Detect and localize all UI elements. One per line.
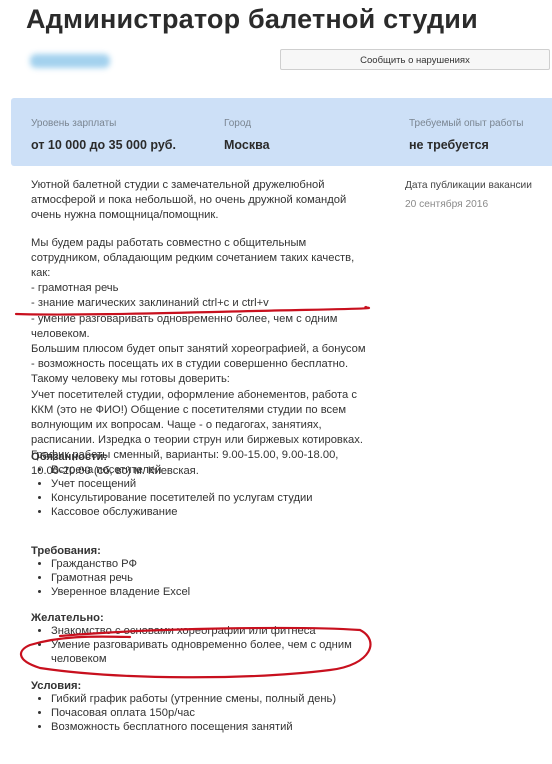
desirable-list: Знакомство с основами хореографии или фи… [31, 624, 376, 666]
vacancy-description: Уютной балетной студии с замечательной д… [31, 178, 371, 479]
list-item: Умение разговаривать одновременно более,… [51, 638, 376, 666]
requirements-section: Требования: Гражданство РФ Грамотная реч… [31, 545, 376, 599]
quality-line: - умение разговаривать одновременно боле… [31, 312, 371, 342]
requirements-title: Требования: [31, 545, 376, 557]
list-item: Почасовая оплата 150р/час [51, 706, 376, 720]
salary-value: от 10 000 до 35 000 руб. [31, 138, 176, 152]
page-title: Администратор балетной студии [26, 4, 478, 35]
publication-info: Дата публикации вакансии 20 сентября 201… [405, 180, 532, 210]
body-paragraph: Учет посетителей студии, оформление абон… [31, 388, 371, 449]
vacancy-info-panel: Уровень зарплаты от 10 000 до 35 000 руб… [11, 98, 552, 166]
published-label: Дата публикации вакансии [405, 180, 532, 191]
requirements-list: Гражданство РФ Грамотная речь Уверенное … [31, 557, 376, 599]
quality-line: - грамотная речь [31, 281, 371, 296]
conditions-list: Гибкий график работы (утренние смены, по… [31, 692, 376, 734]
list-item: Кассовое обслуживание [51, 505, 376, 519]
conditions-title: Условия: [31, 680, 376, 692]
company-name-blurred[interactable] [30, 54, 110, 68]
body-paragraph: Большим плюсом будет опыт занятий хореог… [31, 342, 371, 372]
city-value: Москва [224, 138, 270, 152]
conditions-section: Условия: Гибкий график работы (утренние … [31, 680, 376, 734]
city-label: Город [224, 118, 270, 129]
list-item: Возможность бесплатного посещения заняти… [51, 720, 376, 734]
duties-list: Встреча посетителей Учет посещений Консу… [31, 463, 376, 519]
list-item: Уверенное владение Excel [51, 585, 376, 599]
list-item: Гибкий график работы (утренние смены, по… [51, 692, 376, 706]
report-violation-button[interactable]: Сообщить о нарушениях [280, 49, 550, 70]
experience-block: Требуемый опыт работы не требуется [409, 118, 523, 152]
duties-title: Обязанности: [31, 451, 376, 463]
list-item: Встреча посетителей [51, 463, 376, 477]
city-block: Город Москва [224, 118, 270, 152]
list-item: Гражданство РФ [51, 557, 376, 571]
intro-paragraph: Уютной балетной студии с замечательной д… [31, 178, 371, 224]
list-item: Консультирование посетителей по услугам … [51, 491, 376, 505]
published-date: 20 сентября 2016 [405, 199, 532, 210]
list-item: Учет посещений [51, 477, 376, 491]
duties-section: Обязанности: Встреча посетителей Учет по… [31, 451, 376, 519]
quality-line: - знание магических заклинаний ctrl+c и … [31, 296, 371, 311]
salary-label: Уровень зарплаты [31, 118, 176, 129]
desirable-section: Желательно: Знакомство с основами хореог… [31, 612, 376, 666]
qualities-lead: Мы будем рады работать совместно с общит… [31, 236, 371, 282]
experience-label: Требуемый опыт работы [409, 118, 523, 129]
body-paragraph: Такому человеку мы готовы доверить: [31, 372, 371, 387]
experience-value: не требуется [409, 138, 523, 152]
desirable-title: Желательно: [31, 612, 376, 624]
salary-block: Уровень зарплаты от 10 000 до 35 000 руб… [31, 118, 176, 152]
list-item: Знакомство с основами хореографии или фи… [51, 624, 376, 638]
list-item: Грамотная речь [51, 571, 376, 585]
